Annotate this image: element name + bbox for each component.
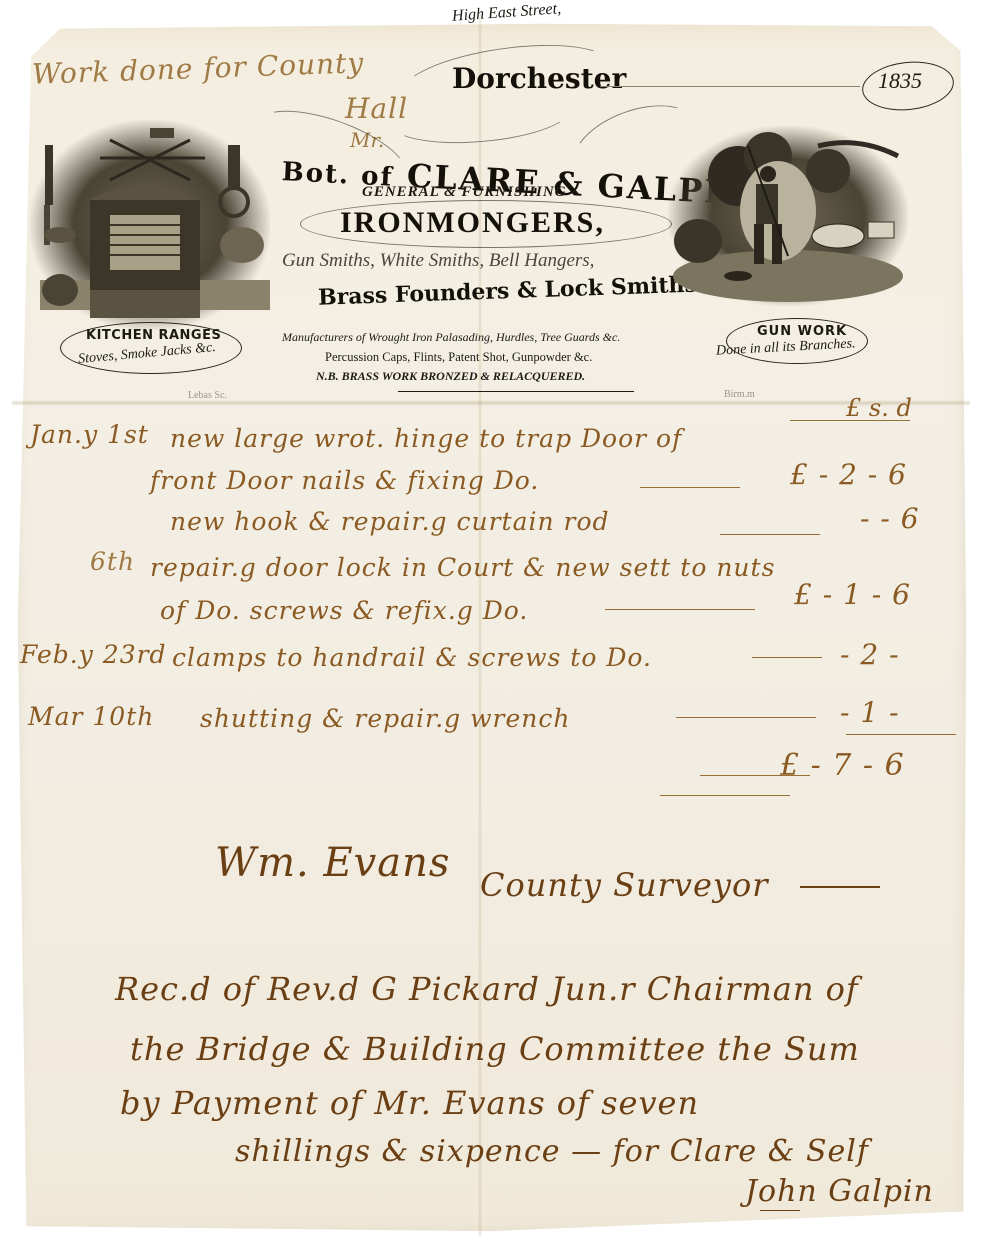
entry-rule bbox=[676, 717, 816, 718]
receipt-line: shillings & sixpence — for Clare & Self bbox=[235, 1134, 869, 1169]
receipt-signature-underline bbox=[760, 1210, 800, 1211]
entry-line: of Do. screws & refix.g Do. bbox=[160, 596, 528, 625]
signature-rule bbox=[800, 886, 880, 888]
receipt-line: by Payment of Mr. Evans of seven bbox=[120, 1084, 699, 1122]
trades-script: Gun Smiths, White Smiths, Bell Hangers, bbox=[282, 250, 594, 272]
total-rule-top bbox=[846, 734, 956, 735]
engraver-credit: Lebas Sc. bbox=[188, 390, 227, 401]
gun-work-engraving bbox=[668, 126, 908, 306]
entry-rule bbox=[752, 657, 822, 658]
entry-amount: - 1 - bbox=[840, 696, 900, 729]
currency-header: £ s. d bbox=[846, 394, 912, 422]
entry-rule bbox=[720, 534, 820, 535]
entry-line: clamps to handrail & screws to Do. bbox=[172, 643, 652, 672]
entry-rule bbox=[640, 487, 740, 488]
receipt-line: Rec.d of Rev.d G Pickard Jun.r Chairman … bbox=[115, 970, 859, 1008]
surveyor-title: County Surveyor bbox=[480, 866, 769, 904]
entry-amount: - - 6 bbox=[860, 502, 920, 535]
entry-date-feb-23: Feb.y 23rd bbox=[20, 640, 167, 669]
entry-line: repair.g door lock in Court & new sett t… bbox=[150, 553, 775, 582]
entry-date-mar-10: Mar 10th bbox=[28, 702, 154, 731]
horizontal-fold bbox=[12, 400, 970, 406]
entry-line: new hook & repair.g curtain rod bbox=[170, 507, 610, 536]
entry-date-jan-1: Jan.y 1st bbox=[30, 420, 149, 449]
entry-line: new large wrot. hinge to trap Door of bbox=[170, 424, 682, 453]
header-rule bbox=[600, 86, 860, 87]
entry-line: shutting & repair.g wrench bbox=[200, 704, 570, 733]
entry-rule bbox=[605, 609, 755, 610]
entry-amount: - 2 - bbox=[840, 638, 900, 671]
entry-date-6th: 6th bbox=[90, 547, 135, 576]
address-street: High East Street, bbox=[452, 0, 562, 26]
currency-header-rule bbox=[790, 420, 910, 421]
manufacturers-line: Manufacturers of Wrought Iron Palasading… bbox=[282, 330, 620, 345]
total-amount: £ - 7 - 6 bbox=[780, 748, 905, 783]
letterhead-underline bbox=[398, 391, 634, 392]
entry-line: front Door nails & fixing Do. bbox=[150, 466, 539, 495]
brass-work-line: N.B. BRASS WORK BRONZED & RELACQUERED. bbox=[316, 369, 585, 384]
receipt-line: the Bridge & Building Committee the Sum bbox=[130, 1030, 860, 1068]
entry-amount: £ - 2 - 6 bbox=[790, 458, 907, 491]
year: 1835 bbox=[878, 68, 922, 94]
total-rule bbox=[660, 795, 790, 796]
place-credit: Birm.m bbox=[724, 389, 755, 400]
entry-amount: £ - 1 - 6 bbox=[794, 578, 911, 611]
receipt-signature: John Galpin bbox=[745, 1174, 934, 1209]
surveyor-signature: Wm. Evans bbox=[215, 840, 450, 886]
hunter-with-dogs-illustration-icon bbox=[668, 126, 908, 306]
kitchen-range-engraving bbox=[30, 120, 270, 330]
supplies-line: Percussion Caps, Flints, Patent Shot, Gu… bbox=[325, 350, 592, 365]
kitchen-range-illustration-icon bbox=[30, 120, 270, 330]
ironmongers-oval bbox=[300, 200, 672, 248]
